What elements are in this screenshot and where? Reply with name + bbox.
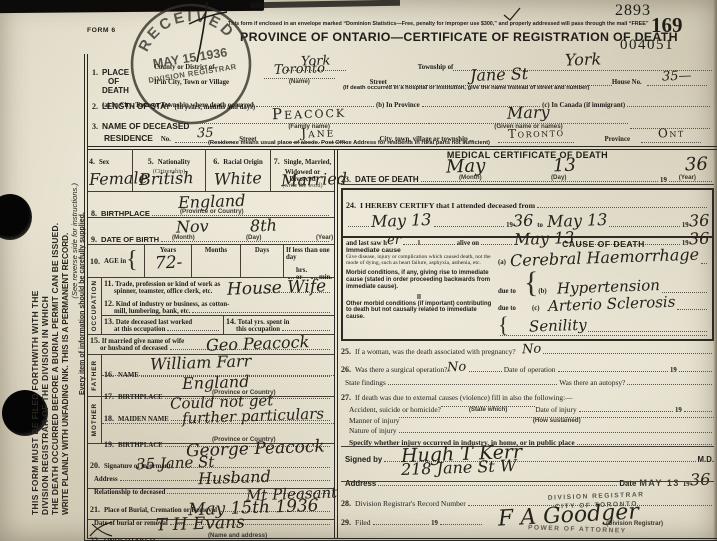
physician-address-value: 218 Jane St W (401, 458, 517, 478)
years-value: 72- (155, 255, 183, 273)
dotted-leader (679, 370, 712, 372)
last-saw-label: and last saw h (346, 240, 387, 247)
marital-label-1: Single, Married, (284, 159, 331, 166)
spouse-label-1: If married give name of wife (102, 338, 184, 345)
year-19: 19 (682, 222, 689, 229)
field-number: 23. (341, 175, 351, 184)
industry-label-1: Kind of industry or business, as cotton- (116, 301, 230, 308)
field-number: 5. (148, 157, 154, 166)
attended-from-year: 36 (513, 213, 534, 230)
immediate-cause-note: Give disease, injury or complication whi… (346, 254, 492, 267)
margin-line: WRITE PLAINLY WITH UNFADING INK. THIS IS… (61, 63, 70, 515)
county-label: County or District of (154, 64, 214, 71)
pregnancy-label: If a woman, was the death associated wit… (355, 347, 516, 356)
dotted-leader (627, 105, 710, 107)
field-number: 20. (90, 461, 100, 470)
attended-to-year: 36 (688, 213, 709, 230)
injury-date-label: Date of injury (535, 405, 576, 414)
field-number: 27. (341, 393, 351, 402)
residence-no-label: No. (161, 136, 171, 143)
pen-mark-check (502, 6, 522, 22)
year-19: 19 (506, 222, 513, 229)
hospital-note: (If death occurred in a hospital or inst… (343, 85, 589, 91)
certify-label: I HEREBY CERTIFY that I attended decease… (360, 201, 535, 210)
date-of-birth-label: DATE OF BIRTH (101, 235, 159, 244)
nature-of-injury-label: Nature of injury (341, 426, 397, 435)
field-number: 1. (92, 68, 98, 77)
racial-origin-value: White (214, 170, 262, 188)
residence-city-value: Toronto (508, 126, 565, 140)
cause-a-value: Cerebral Haemorrhage (506, 247, 700, 270)
pregnancy-value: No (521, 342, 541, 356)
certify-box: 24. I HEREBY CERTIFY that I attended dec… (341, 188, 714, 341)
field-number: 7. (274, 157, 280, 166)
field-number: 13. (104, 317, 114, 326)
day-caption: (Day) (551, 175, 566, 182)
residence-street-value: Jane (301, 126, 336, 140)
industry-label-2: mill, lumbering, bank, etc. (104, 308, 190, 315)
undertaker-caption: (Name and address) (208, 533, 267, 540)
handwritten-serial-number: 2893 (615, 2, 651, 20)
racial-origin-label: Racial Origin (223, 159, 262, 166)
residence-province-value: Ont (657, 127, 684, 140)
margin-line: (See reverse side for instructions.) (70, 63, 79, 515)
accident-label: Accident, suicide or homicide? (341, 405, 441, 414)
dotted-leader (403, 243, 455, 245)
dotted-leader (558, 370, 669, 372)
place-label-1: PLACE (102, 68, 129, 77)
section-ii: II (346, 294, 492, 301)
province-country-caption: (Province or Country) (180, 209, 244, 216)
nationality-value: British (139, 170, 194, 188)
medical-certificate-title: MEDICAL CERTIFICATE OF DEATH (341, 149, 714, 160)
dotted-leader (192, 311, 330, 313)
signed-by-label: Signed by (341, 455, 382, 464)
external-causes-label: If death was due to external causes (vio… (355, 393, 573, 402)
birth-day-value: 8th (250, 218, 277, 235)
last-worked-label-2: at this occupation (104, 326, 165, 333)
total-years-label-2: this occupation (226, 326, 280, 333)
nationality-label: Nationality (158, 159, 190, 166)
cause-of-death-box: I Immediate cause Give disease, injury o… (343, 236, 712, 339)
cause-b-prefix: (b) (538, 288, 546, 295)
cause-entries: CAUSE OF DEATH (a) Cerebral Haemorrhage … (495, 238, 712, 339)
cause-c-prefix: (c) (524, 305, 540, 312)
corner-number: 169 (651, 13, 683, 38)
age-label: AGE in (104, 258, 126, 265)
year-19: 19 (675, 407, 682, 414)
dotted-leader (537, 206, 707, 208)
due-to-label: due to (498, 288, 524, 295)
dotted-leader (434, 225, 505, 227)
house-no-value: 35— (662, 69, 692, 83)
field-number: 8. (91, 209, 97, 218)
house-no-label: House No. (612, 79, 642, 86)
field-number: 9. (91, 235, 97, 244)
last-saw-her: er (387, 234, 401, 247)
field-number: 25. (341, 347, 351, 356)
spouse-label-2: or husband of deceased (90, 345, 168, 352)
margin-instructions: THIS FORM MUST BE FILED FORTHWITH WITH T… (30, 63, 86, 515)
dotted-leader (701, 262, 707, 264)
attended-from-value: May 13 (371, 212, 432, 230)
months-label: Months (192, 245, 240, 254)
cause-instructions: I Immediate cause Give disease, injury o… (343, 238, 495, 339)
dotted-leader (609, 225, 680, 227)
age-brace: { (126, 251, 138, 270)
month-caption: (Month) (172, 235, 195, 242)
place-label-2: OF (92, 77, 154, 86)
dotted-leader (167, 329, 219, 331)
day-caption: (Day) (246, 235, 261, 242)
field-number: 2. (92, 102, 98, 111)
field-number: 14. (226, 317, 236, 326)
year-19: 19 (431, 520, 438, 527)
cause-brace: { (498, 316, 509, 334)
days-label: Days (241, 245, 283, 254)
personal-column: 4. Sex Female 5. Nationality (Citizenshi… (88, 149, 334, 538)
dotted-leader (588, 330, 707, 332)
field-number: 21. (90, 505, 100, 514)
field-number: 6. (213, 157, 219, 166)
field-number: 3. (92, 122, 98, 131)
relationship-value: Husband (198, 469, 271, 488)
field-number: 29. (341, 518, 351, 527)
dotted-leader (677, 308, 707, 310)
form-number: Form 6 (87, 27, 116, 34)
place-of-death-label: 1. PLACE OF DEATH (92, 59, 154, 95)
form-body: 1. PLACE OF DEATH County or District of … (84, 54, 717, 541)
month-caption: (Month) (459, 175, 482, 182)
maiden-name-label: MAIDEN NAME (118, 416, 169, 423)
dotted-leader (684, 410, 712, 412)
dotted-leader (543, 352, 712, 354)
due-to-label: due to (498, 305, 524, 312)
trade-label-1: Trade, profession or kind of work as (115, 281, 220, 288)
medical-certificate-column: MEDICAL CERTIFICATE OF DEATH 23. DATE OF… (334, 149, 717, 538)
street-value: Jane St (470, 66, 529, 84)
undertaker-label: UNDERTAKER (104, 536, 155, 541)
cause-c-value: Arterio Sclerosis (539, 295, 675, 315)
sex-label: Sex (99, 159, 109, 166)
family-name-value: Peacock (272, 105, 347, 123)
father-name-value: William Farr (150, 353, 252, 373)
manner-of-injury-label: Manner of injury (341, 416, 400, 425)
date-of-death-label: DATE OF DEATH (355, 175, 419, 184)
residence-no-value: 35 (197, 127, 214, 141)
punch-hole-top (0, 194, 32, 240)
death-certificate-scan: THIS FORM MUST BE FILED FORTHWITH WITH T… (0, 0, 717, 541)
page-title: PROVINCE OF ONTARIO—CERTIFICATE OF REGIS… (240, 30, 678, 44)
other-morbid-note: Other morbid conditions (if important) c… (346, 301, 492, 322)
dotted-leader (469, 370, 502, 372)
occupation-group-label: OCCUPATION (88, 278, 102, 334)
mother-group-label: MOTHER (88, 397, 102, 443)
other-condition-value: Senility (508, 317, 586, 335)
residence-label: RESIDENCE (104, 133, 153, 143)
given-name-value: Mary (507, 104, 550, 121)
year-caption: (Year) (679, 175, 696, 182)
city-value: Toronto (274, 62, 325, 77)
field-number: 12. (104, 299, 114, 308)
margin-line: DIVISION REGISTRAR OF THE DIVISION IN WH… (40, 63, 50, 515)
total-years-label-1: Total yrs. spent in (238, 319, 290, 326)
field-number: 4. (89, 157, 95, 166)
city-label: If in City, Town or Village (154, 79, 229, 86)
dotted-leader (282, 329, 330, 331)
death-year-value: 36 (685, 156, 709, 175)
dotted-leader (348, 225, 369, 227)
field-number: 11. (104, 279, 114, 288)
spouse-value: Geo Peacock (206, 334, 310, 354)
cause-a-prefix: (a) (498, 259, 506, 266)
dotted-leader (579, 410, 673, 412)
residence-province-label: Province (604, 136, 630, 143)
alive-on-label: alive on (457, 240, 479, 247)
death-day-value: 13 (553, 157, 577, 176)
field-number: 22. (90, 536, 100, 541)
operation-value: No (447, 360, 467, 374)
trade-value: House Wife (227, 278, 327, 298)
year-19: 19 (670, 367, 677, 374)
informant-address-label: Address (94, 476, 118, 483)
operation-label: Was there a surgical operation? (355, 365, 447, 374)
dotted-leader (440, 523, 482, 525)
birthplace-label: BIRTHPLACE (101, 209, 150, 218)
state-which-caption: (State which) (469, 407, 508, 414)
md-label: M.D. (698, 455, 714, 464)
field-number: 15. (90, 336, 100, 345)
dotted-leader (373, 523, 429, 525)
field-number: 18. (104, 414, 114, 423)
margin-line: THIS FORM MUST BE FILED FORTHWITH WITH T… (30, 63, 40, 515)
less-than-day-label: If less than one day (286, 247, 332, 261)
name-caption: (Name) (289, 79, 310, 86)
field-number: 26. (341, 365, 351, 374)
field-number: 24. (346, 201, 356, 210)
morbid-conditions-note: Morbid conditions, if any, giving rise t… (346, 270, 492, 291)
birth-month-value: Nov (176, 218, 209, 235)
operation-date-label: Date of operation (504, 365, 556, 374)
attended-to-value: May 13 (547, 212, 608, 230)
how-sustained-caption: (How sustained) (533, 418, 581, 425)
filed-label: Filed (355, 518, 371, 527)
dotted-leader (399, 431, 712, 433)
last-worked-label-1: Date deceased last worked (116, 319, 192, 326)
cause-brace: { (524, 271, 538, 295)
scan-black-smudge (250, 0, 400, 8)
dotted-leader (254, 291, 330, 293)
mail-free-note: This form if enclosed in an envelope mar… (228, 21, 608, 27)
immediate-cause-label: Immediate cause (346, 247, 492, 254)
margin-line: THE DEATH OCCURRED BEFORE A BURIAL PERMI… (50, 63, 60, 515)
father-group-label: FATHER (88, 355, 102, 396)
year-19: 19 (660, 177, 667, 184)
field-number: 10. (90, 257, 100, 266)
dotted-leader (421, 180, 658, 182)
dotted-leader (577, 443, 712, 445)
year-caption: (Year) (316, 235, 333, 242)
